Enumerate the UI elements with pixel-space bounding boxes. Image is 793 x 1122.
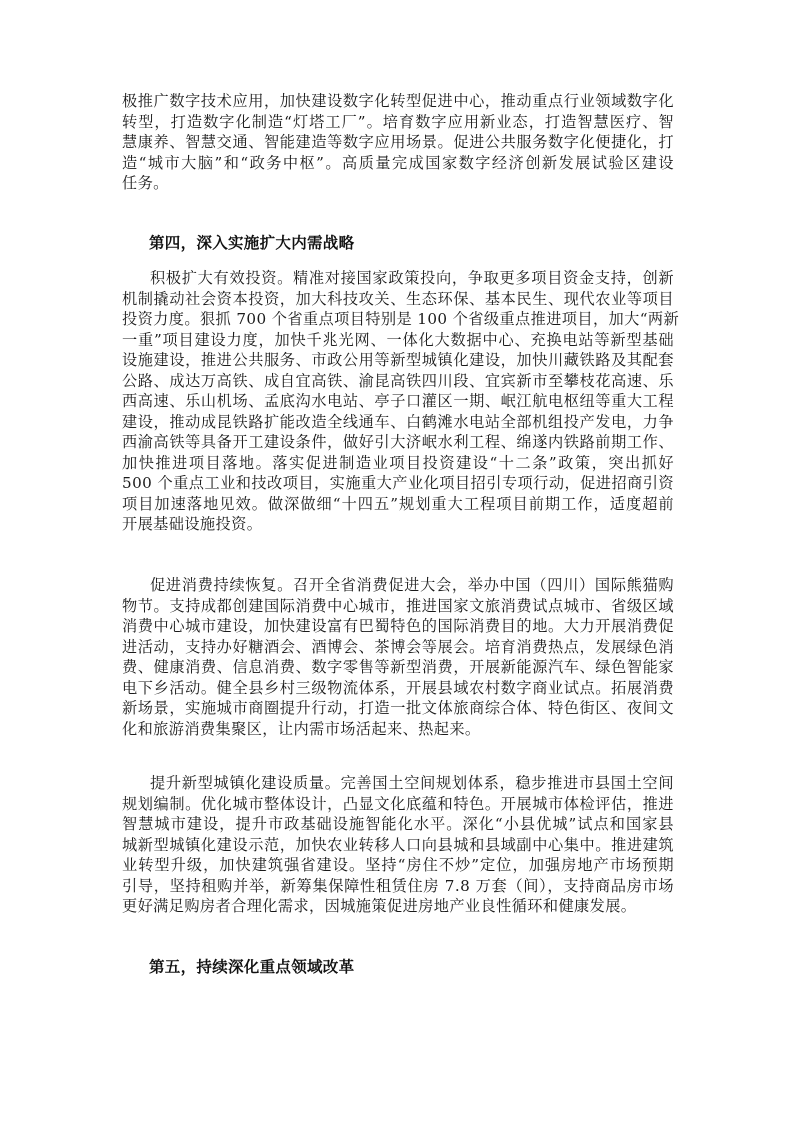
text-line: 转型，打造数字化制造“灯塔工厂”。培育数字应用新业态，打造智慧医疗、智	[122, 112, 674, 133]
text-line: 机制撬动社会资本投资，加大科技攻关、生态环保、基本民生、现代农业等项目	[122, 289, 674, 310]
text-line: 提升新型城镇化建设质量。完善国土空间规划体系，稳步推进市县国土空间	[122, 773, 674, 794]
text-line: 进活动，支持办好糖酒会、酒博会、茶博会等展会。培育消费热点，发展绿色消	[122, 637, 674, 658]
text-line: 电下乡活动。健全县乡村三级物流体系，开展县域农村数字商业试点。拓展消费	[122, 678, 674, 699]
text-line: 公路、成达万高铁、成自宜高铁、渝昆高铁四川段、宜宾新市至攀枝花高速、乐	[122, 371, 674, 392]
text-line: 500 个重点工业和技改项目，实施重大产业化项目招引专项行动，促进招商引资	[122, 473, 674, 494]
text-line: 智慧城市建设，提升市政基础设施智能化水平。深化“小县优城”试点和国家县	[122, 814, 674, 835]
text-line: 城新型城镇化建设示范，加快农业转移人口向县城和县域副中心集中。推进建筑	[122, 835, 674, 856]
text-line: 开展基础设施投资。	[122, 514, 674, 535]
document-page: 极推广数字技术应用，加快建设数字化转型促进中心，推动重点行业领域数字化 转型，打…	[0, 0, 793, 1122]
paragraph-investment: 积极扩大有效投资。精准对接国家政策投向，争取更多项目资金支持，创新 机制撬动社会…	[122, 268, 674, 535]
text-line: 费、健康消费、信息消费、数字零售等新型消费，开展新能源汽车、绿色智能家	[122, 657, 674, 678]
section-heading-5: 第五，持续深化重点领域改革	[149, 955, 354, 977]
text-line: 促进消费持续恢复。召开全省消费促进大会，举办中国（四川）国际熊猫购	[122, 575, 674, 596]
text-line: 造“城市大脑”和“政务中枢”。高质量完成国家数字经济创新发展试验区建设	[122, 153, 674, 174]
text-line: 任务。	[122, 173, 674, 194]
text-line: 物节。支持成都创建国际消费中心城市，推进国家文旅消费试点城市、省级区域	[122, 596, 674, 617]
text-line: 项目加速落地见效。做深做细“十四五”规划重大工程项目前期工作，适度超前	[122, 494, 674, 515]
text-line: 化和旅游消费集聚区，让内需市场活起来、热起来。	[122, 719, 674, 740]
text-line: 加快推进项目落地。落实促进制造业项目投资建设“十二条”政策，突出抓好	[122, 453, 674, 474]
section-heading-4: 第四，深入实施扩大内需战略	[149, 231, 354, 253]
text-line: 慧康养、智慧交通、智能建造等数字应用场景。促进公共服务数字化便捷化，打	[122, 132, 674, 153]
text-line: 更好满足购房者合理化需求，因城施策促进房地产业良性循环和健康发展。	[122, 896, 674, 917]
text-line: 投资力度。狠抓 700 个省重点项目特别是 100 个省级重点推进项目，加大“两…	[122, 309, 674, 330]
text-line: 积极扩大有效投资。精准对接国家政策投向，争取更多项目资金支持，创新	[122, 268, 674, 289]
text-line: 引导，坚持租购并举，新筹集保障性租赁住房 7.8 万套（间），支持商品房市场	[122, 876, 674, 897]
text-line: 西高速、乐山机场、孟底沟水电站、亭子口灌区一期、岷江航电枢纽等重大工程	[122, 391, 674, 412]
text-line: 建设，推动成昆铁路扩能改造全线通车、白鹤滩水电站全部机组投产发电，力争	[122, 412, 674, 433]
text-line: 业转型升级，加快建筑强省建设。坚持“房住不炒”定位，加强房地产市场预期	[122, 855, 674, 876]
text-line: 一重”项目建设力度，加快千兆光网、一体化大数据中心、充换电站等新型基础	[122, 330, 674, 351]
paragraph-digital-economy: 极推广数字技术应用，加快建设数字化转型促进中心，推动重点行业领域数字化 转型，打…	[122, 91, 674, 194]
text-line: 规划编制。优化城市整体设计，凸显文化底蕴和特色。开展城市体检评估，推进	[122, 794, 674, 815]
text-line: 设施建设，推进公共服务、市政公用等新型城镇化建设，加快川藏铁路及其配套	[122, 350, 674, 371]
text-line: 新场景，实施城市商圈提升行动，打造一批文体旅商综合体、特色街区、夜间文	[122, 698, 674, 719]
text-line: 西渝高铁等具备开工建设条件，做好引大济岷水利工程、绵遂内铁路前期工作、	[122, 432, 674, 453]
paragraph-consumption: 促进消费持续恢复。召开全省消费促进大会，举办中国（四川）国际熊猫购 物节。支持成…	[122, 575, 674, 739]
text-line: 消费中心城市建设，加快建设富有巴蜀特色的国际消费目的地。大力开展消费促	[122, 616, 674, 637]
paragraph-urbanization: 提升新型城镇化建设质量。完善国土空间规划体系，稳步推进市县国土空间 规划编制。优…	[122, 773, 674, 917]
text-line: 极推广数字技术应用，加快建设数字化转型促进中心，推动重点行业领域数字化	[122, 91, 674, 112]
